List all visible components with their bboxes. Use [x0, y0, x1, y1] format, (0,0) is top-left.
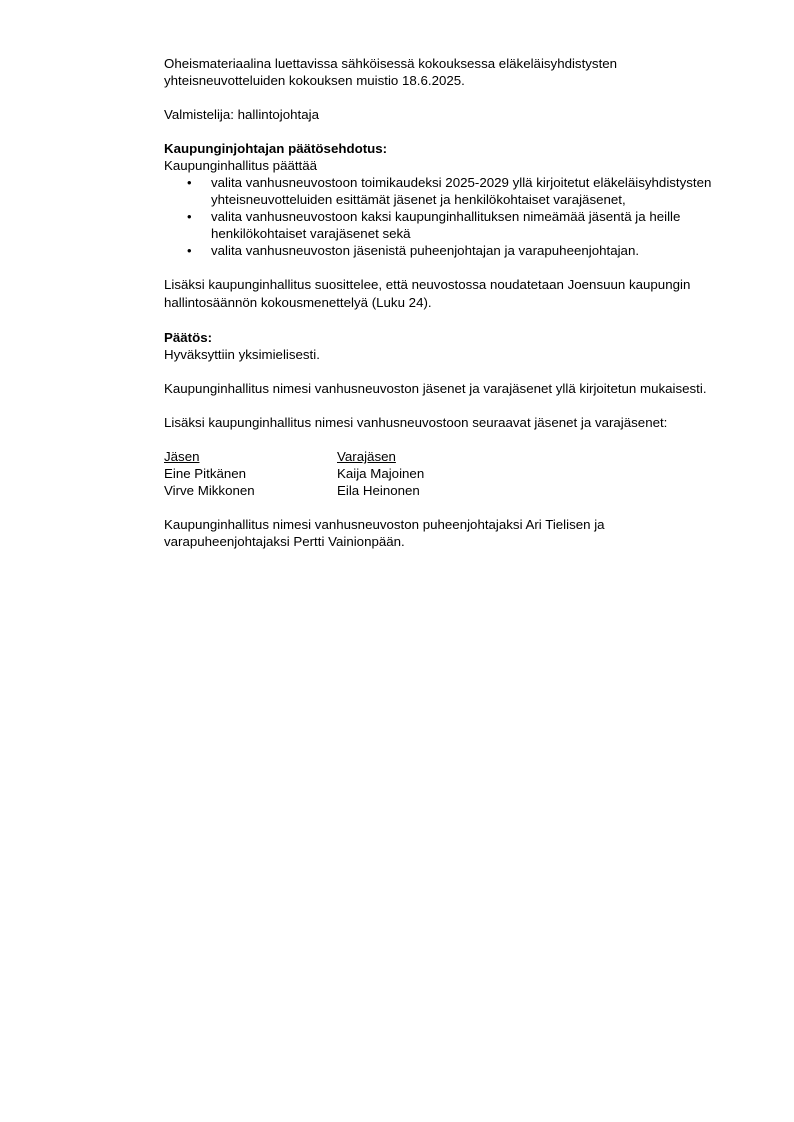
column-header-deputy: Varajäsen	[337, 448, 537, 465]
document-page: Oheismateriaalina luettavissa sähköisess…	[164, 55, 724, 550]
table-cell: Eila Heinonen	[337, 482, 537, 499]
recommendation-paragraph: Lisäksi kaupunginhallitus suosittelee, e…	[164, 276, 724, 312]
list-item-text: valita vanhusneuvostoon kaksi kaupunginh…	[211, 209, 680, 241]
decision-chairs: Kaupunginhallitus nimesi vanhusneuvoston…	[164, 516, 724, 550]
bullet-icon: •	[187, 242, 192, 259]
spacer	[164, 397, 724, 414]
table-cell: Eine Pitkänen	[164, 465, 337, 482]
spacer	[164, 123, 724, 140]
decision-heading: Päätös:	[164, 329, 724, 346]
bullet-icon: •	[187, 208, 192, 225]
proposal-bullet-list: • valita vanhusneuvostoon toimikaudeksi …	[164, 174, 724, 259]
list-item-text: valita vanhusneuvoston jäsenistä puheenj…	[211, 243, 639, 258]
spacer	[164, 259, 724, 276]
intro-paragraph: Oheismateriaalina luettavissa sähköisess…	[164, 55, 724, 89]
proposal-lead: Kaupunginhallitus päättää	[164, 157, 724, 174]
bullet-icon: •	[187, 174, 192, 191]
spacer	[164, 499, 724, 516]
table-cell: Virve Mikkonen	[164, 482, 337, 499]
members-table: Jäsen Varajäsen Eine Pitkänen Kaija Majo…	[164, 448, 724, 499]
list-item: • valita vanhusneuvostoon kaksi kaupungi…	[164, 208, 721, 242]
spacer	[164, 363, 724, 380]
spacer	[164, 89, 724, 106]
list-item: • valita vanhusneuvostoon toimikaudeksi …	[164, 174, 721, 208]
proposal-heading: Kaupunginjohtajan päätösehdotus:	[164, 140, 724, 157]
list-item-text: valita vanhusneuvostoon toimikaudeksi 20…	[211, 175, 711, 207]
decision-named-members: Kaupunginhallitus nimesi vanhusneuvoston…	[164, 380, 724, 397]
decision-additional: Lisäksi kaupunginhallitus nimesi vanhusn…	[164, 414, 724, 431]
spacer	[164, 312, 724, 329]
preparer-line: Valmistelija: hallintojohtaja	[164, 106, 724, 123]
decision-approved: Hyväksyttiin yksimielisesti.	[164, 346, 724, 363]
column-header-member: Jäsen	[164, 448, 337, 465]
list-item: • valita vanhusneuvoston jäsenistä puhee…	[164, 242, 721, 259]
spacer	[164, 431, 724, 448]
table-cell: Kaija Majoinen	[337, 465, 537, 482]
